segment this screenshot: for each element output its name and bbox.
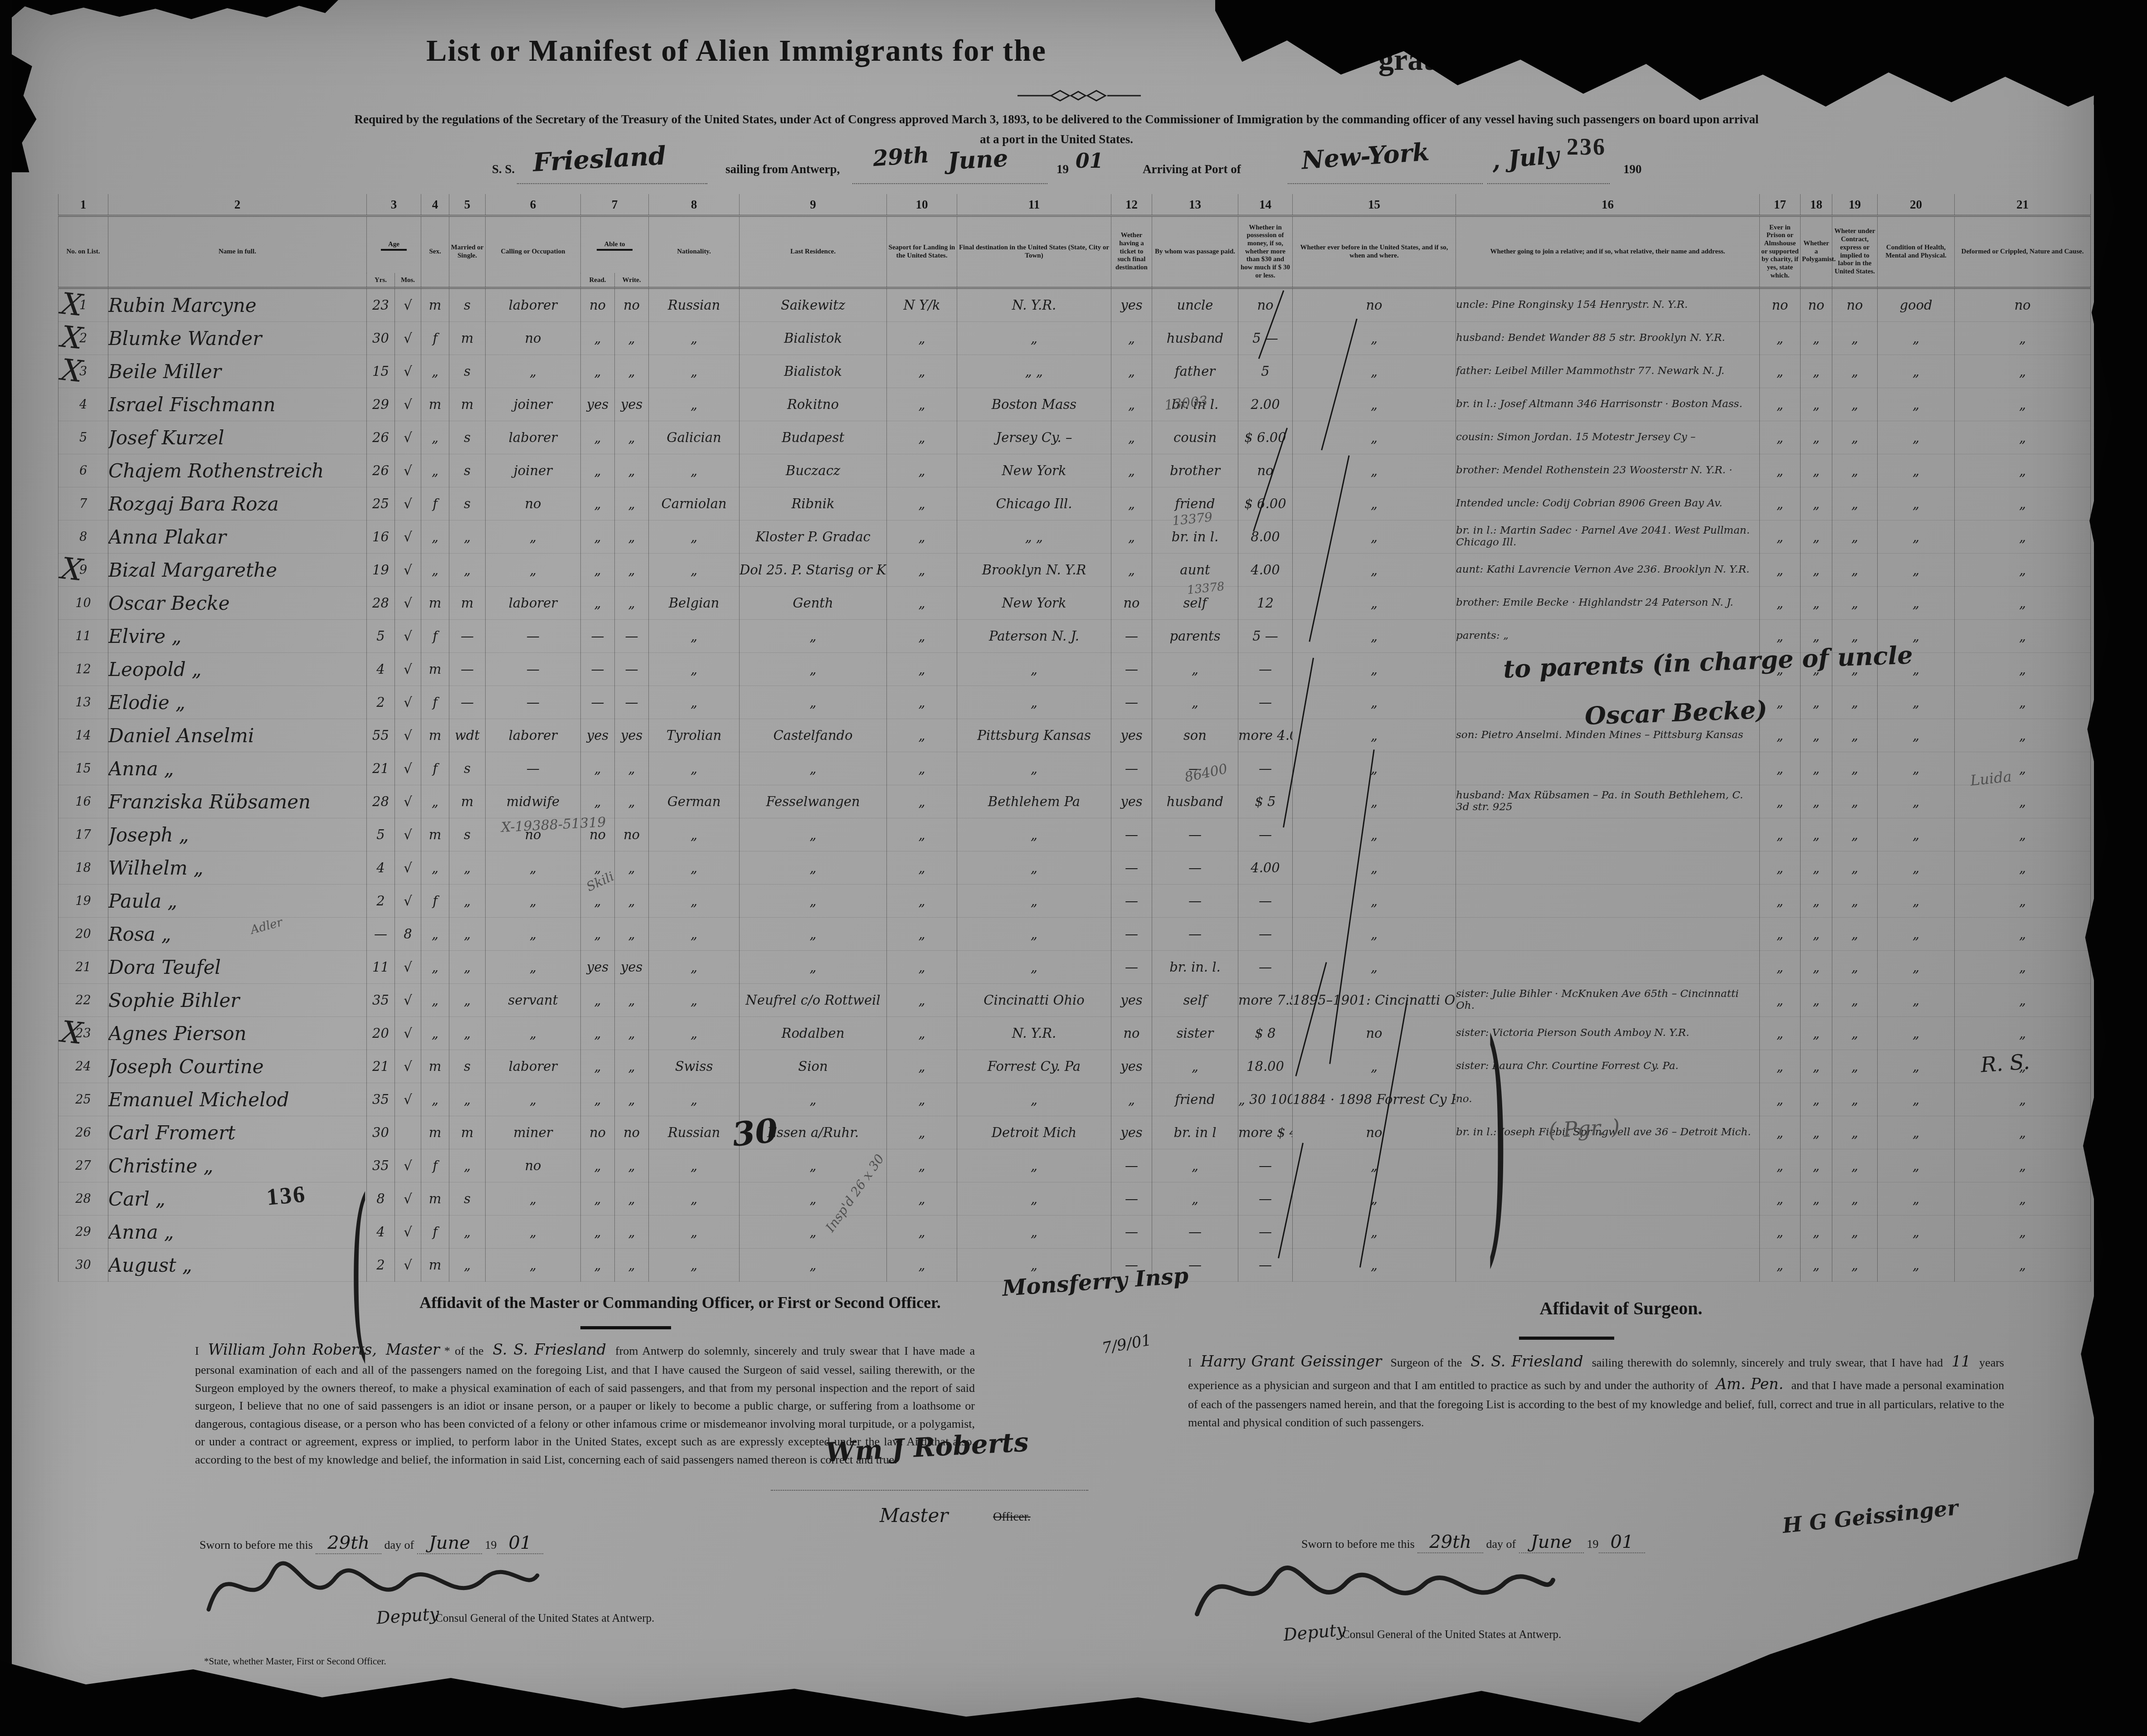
cell-contract: „ [1832, 1083, 1878, 1116]
cell-deformed: „ [1955, 818, 2091, 851]
cell-prison: „ [1760, 355, 1801, 388]
cell-deformed: „ [1955, 355, 2091, 388]
cell-name: Daniel Anselmi [108, 719, 367, 752]
cell-seaport: N Y/k [887, 288, 957, 322]
cell-name: Rozgaj Bara Roza [108, 487, 367, 520]
cell-calling: laborer [486, 587, 581, 620]
cell-health: „ [1878, 785, 1955, 818]
cell-age_mos: √ [395, 851, 421, 885]
cell-married_or_single: „ [449, 1216, 486, 1249]
cell-write: „ [615, 421, 649, 454]
cell-age_yrs: 30 [367, 322, 395, 355]
cell-polygamist: „ [1801, 1149, 1832, 1182]
cell-seaport: „ [887, 885, 957, 918]
printed-text: Surgeon of the [1386, 1356, 1466, 1369]
cell-relative [1456, 1216, 1760, 1249]
column-number-4: 4 [421, 194, 449, 216]
cell-prison: „ [1760, 1017, 1801, 1050]
column-label-7: Able to [581, 216, 649, 273]
cell-passage_paid_by: husband [1152, 322, 1238, 355]
cell-destination: N. Y.R. [957, 288, 1111, 322]
cell-destination: „ [957, 1182, 1111, 1216]
cell-health: „ [1878, 454, 1955, 487]
cell-age_yrs: 28 [367, 785, 395, 818]
cell-contract: „ [1832, 355, 1878, 388]
cell-prison: „ [1760, 1249, 1801, 1282]
cell-no: 30 [58, 1249, 108, 1282]
cell-relative [1456, 1249, 1760, 1282]
cell-age_mos: √ [395, 686, 421, 719]
cell-deformed: „ [1955, 1050, 2091, 1083]
cell-write: „ [615, 1182, 649, 1216]
cell-married_or_single: s [449, 818, 486, 851]
column-label-6: Calling or Occupation [486, 216, 581, 288]
cell-last_residence: Genth [740, 587, 887, 620]
manifest-row-21: 21Dora Teufel11√„„„yesyes„„„„—br. in. l.… [58, 951, 2091, 984]
cell-sex: f [421, 752, 449, 785]
cell-contract: „ [1832, 1017, 1878, 1050]
cell-seaport: „ [887, 1050, 957, 1083]
cell-sex: „ [421, 1083, 449, 1116]
cell-read: „ [581, 1017, 615, 1050]
cell-polygamist: „ [1801, 1182, 1832, 1216]
cell-contract: „ [1832, 885, 1878, 918]
cell-ticket: — [1111, 818, 1152, 851]
manifest-row-10: 10Oscar Becke28√mmlaborer„„BelgianGenth„… [58, 587, 2091, 620]
cell-calling: „ [486, 554, 581, 587]
cell-deformed: „ [1955, 1182, 2091, 1216]
cell-deformed: „ [1955, 918, 2091, 951]
cell-destination: „ [957, 1216, 1111, 1249]
cell-name: Christine „ [108, 1149, 367, 1182]
cell-age_yrs: 5 [367, 620, 395, 653]
cell-write: „ [615, 785, 649, 818]
cell-ticket: yes [1111, 1050, 1152, 1083]
cell-no: 15 [58, 752, 108, 785]
cell-health: „ [1878, 421, 1955, 454]
cell-age_mos: √ [395, 421, 421, 454]
column-number-1: 1 [58, 194, 108, 216]
master-consul-printed: Consul General of the United States at A… [435, 1612, 654, 1625]
cell-deformed: „ [1955, 885, 2091, 918]
cell-sex: f [421, 322, 449, 355]
cross-out-mark: X [59, 322, 84, 355]
cell-age_mos: √ [395, 1149, 421, 1182]
cell-health: „ [1878, 951, 1955, 984]
cell-last_residence: Sion [740, 1050, 887, 1083]
cell-nationality: „ [649, 1249, 740, 1282]
cell-nationality: „ [649, 653, 740, 686]
cell-deformed: „ [1955, 487, 2091, 520]
cell-before_in_us: „ [1293, 487, 1456, 520]
cell-married_or_single: s [449, 487, 486, 520]
column-label-5: Married or Single. [449, 216, 486, 288]
cell-health: „ [1878, 554, 1955, 587]
cell-deformed: „ [1955, 388, 2091, 421]
cell-calling: „ [486, 1182, 581, 1216]
cell-money: 18.00 [1238, 1050, 1293, 1083]
cell-no: 2X [58, 322, 108, 355]
column-number-7: 7 [581, 194, 649, 216]
column-number-5: 5 [449, 194, 486, 216]
cell-before_in_us: „ [1293, 1149, 1456, 1182]
cell-relative [1456, 686, 1760, 719]
cell-contract: „ [1832, 653, 1878, 686]
cell-relative [1456, 951, 1760, 984]
column-label-20: Condition of Health, Mental and Physical… [1878, 216, 1955, 288]
cell-age_yrs: 20 [367, 1017, 395, 1050]
manifest-row-2: 2XBlumke Wander30√fmno„„„Bialistok„„„hus… [58, 322, 2091, 355]
cell-before_in_us: „ [1293, 554, 1456, 587]
cell-nationality: Galician [649, 421, 740, 454]
cell-nationality: „ [649, 918, 740, 951]
cell-age_mos: 8 [395, 918, 421, 951]
cell-health: „ [1878, 686, 1955, 719]
cell-nationality: Russian [649, 1116, 740, 1149]
cell-last_residence: „ [740, 620, 887, 653]
cell-nationality: Carniolan [649, 487, 740, 520]
cell-calling: laborer [486, 421, 581, 454]
cell-relative: husband: Max Rübsamen – Pa. in South Bet… [1456, 785, 1760, 818]
manifest-row-26: 26Carl Fromert30mmminernonoRussianEssen … [58, 1116, 2091, 1149]
cell-write: „ [615, 984, 649, 1017]
cell-last_residence: Neufrel c/o Rottweil [740, 984, 887, 1017]
cell-write: no [615, 818, 649, 851]
cell-no: 4 [58, 388, 108, 421]
cell-married_or_single: m [449, 388, 486, 421]
cell-married_or_single: „ [449, 984, 486, 1017]
cell-seaport: „ [887, 620, 957, 653]
cell-write: „ [615, 355, 649, 388]
cell-seaport: „ [887, 984, 957, 1017]
cell-read: — [581, 653, 615, 686]
cell-no: 17 [58, 818, 108, 851]
cell-write: yes [615, 719, 649, 752]
cell-prison: „ [1760, 818, 1801, 851]
cell-polygamist: „ [1801, 752, 1832, 785]
cell-contract: „ [1832, 620, 1878, 653]
cell-relative [1456, 918, 1760, 951]
cell-calling: laborer [486, 1050, 581, 1083]
cell-read: „ [581, 355, 615, 388]
cell-seaport: „ [887, 487, 957, 520]
cell-calling: — [486, 653, 581, 686]
cell-health: „ [1878, 1083, 1955, 1116]
cell-last_residence: „ [740, 1216, 887, 1249]
column-number-9: 9 [740, 194, 887, 216]
cell-money: — [1238, 885, 1293, 918]
column-number-13: 13 [1152, 194, 1238, 216]
cell-ticket: — [1111, 620, 1152, 653]
cell-contract: „ [1832, 984, 1878, 1017]
cell-before_in_us: „ [1293, 355, 1456, 388]
cell-contract: „ [1832, 752, 1878, 785]
column-label-14: Whether in possession of money, if so, w… [1238, 216, 1293, 288]
cell-age_mos: √ [395, 620, 421, 653]
manifest-row-15: 15Anna „21√fs—„„„„„„———„„„„„„ [58, 752, 2091, 785]
printed-text: I [1188, 1356, 1196, 1369]
cell-last_residence: „ [740, 1083, 887, 1116]
cell-deformed: „ [1955, 1083, 2091, 1116]
cell-no: 6 [58, 454, 108, 487]
handwritten-insert: 01 [1599, 1532, 1646, 1553]
manifest-row-7: 7Rozgaj Bara Roza25√fsno„„CarniolanRibni… [58, 487, 2091, 520]
cell-ticket: — [1111, 752, 1152, 785]
manifest-row-28: 28Carl „8√ms„„„„„„„—„—„„„„„„ [58, 1182, 2091, 1216]
cell-name: Wilhelm „ [108, 851, 367, 885]
cell-no: 29 [58, 1216, 108, 1249]
cell-polygamist: „ [1801, 984, 1832, 1017]
cell-married_or_single: m [449, 785, 486, 818]
cell-polygamist: „ [1801, 520, 1832, 554]
cell-seaport: „ [887, 686, 957, 719]
cell-before_in_us: „ [1293, 653, 1456, 686]
cell-deformed: „ [1955, 785, 2091, 818]
cell-deformed: „ [1955, 1017, 2091, 1050]
cell-before_in_us: „ [1293, 454, 1456, 487]
cell-prison: „ [1760, 487, 1801, 520]
cell-polygamist: „ [1801, 686, 1832, 719]
cell-destination: „ [957, 885, 1111, 918]
cell-sex: m [421, 1116, 449, 1149]
cell-money: 4.00 [1238, 554, 1293, 587]
cell-health: „ [1878, 851, 1955, 885]
cell-health: „ [1878, 1116, 1955, 1149]
cell-name: Anna „ [108, 1216, 367, 1249]
cell-ticket: „ [1111, 1083, 1152, 1116]
cell-relative [1456, 851, 1760, 885]
cell-no: 14 [58, 719, 108, 752]
cell-age_mos: √ [395, 885, 421, 918]
cell-contract: „ [1832, 487, 1878, 520]
cell-last_residence: „ [740, 951, 887, 984]
cell-destination: „ „ [957, 520, 1111, 554]
cell-passage_paid_by: — [1152, 885, 1238, 918]
cell-passage_paid_by: self [1152, 984, 1238, 1017]
manifest-row-3: 3XBeile Miller15√„s„„„„Bialistok„„ „„fat… [58, 355, 2091, 388]
cell-contract: „ [1832, 918, 1878, 951]
cell-prison: „ [1760, 1083, 1801, 1116]
cell-sex: m [421, 288, 449, 322]
cell-age_mos: √ [395, 388, 421, 421]
cell-relative [1456, 885, 1760, 918]
cell-polygamist: „ [1801, 355, 1832, 388]
cell-write: — [615, 686, 649, 719]
cell-read: yes [581, 719, 615, 752]
cell-last_residence: Essen a/Ruhr. [740, 1116, 887, 1149]
cell-money: 2.00 [1238, 388, 1293, 421]
cell-last_residence: „ [740, 1182, 887, 1216]
cell-no: 26 [58, 1116, 108, 1149]
cell-sex: m [421, 1182, 449, 1216]
cell-married_or_single: s [449, 454, 486, 487]
regulation-line-2: at a port in the United States. [109, 132, 2004, 146]
cell-passage_paid_by: friend [1152, 1083, 1238, 1116]
cell-calling: — [486, 686, 581, 719]
cell-name: Blumke Wander [108, 322, 367, 355]
cell-write: „ [615, 1017, 649, 1050]
cell-seaport: „ [887, 554, 957, 587]
cell-calling: „ [486, 520, 581, 554]
cell-age_yrs: 21 [367, 752, 395, 785]
cell-no: 16 [58, 785, 108, 818]
cell-passage_paid_by: — [1152, 1249, 1238, 1282]
cell-married_or_single: — [449, 653, 486, 686]
cell-destination: Brooklyn N. Y.R [957, 554, 1111, 587]
cell-before_in_us: no [1293, 1017, 1456, 1050]
cell-polygamist: „ [1801, 1050, 1832, 1083]
cell-no: 8 [58, 520, 108, 554]
cell-age_mos: √ [395, 719, 421, 752]
handwritten-insert: Master [381, 1341, 444, 1358]
cell-before_in_us: „ [1293, 752, 1456, 785]
master-affidavit-title: Affidavit of the Master or Commanding Of… [227, 1293, 1134, 1312]
cell-before_in_us: 1895–1901: Cincinatti Oh. [1293, 984, 1456, 1017]
cell-calling: no [486, 1149, 581, 1182]
cell-married_or_single: s [449, 421, 486, 454]
cell-no: 19 [58, 885, 108, 918]
cell-health: „ [1878, 1182, 1955, 1216]
cell-married_or_single: „ [449, 885, 486, 918]
cell-deformed: „ [1955, 653, 2091, 686]
cell-passage_paid_by: „ [1152, 1182, 1238, 1216]
cell-nationality: „ [649, 355, 740, 388]
manifest-row-5: 5Josef Kurzel26√„slaborer„„GalicianBudap… [58, 421, 2091, 454]
cell-married_or_single: „ [449, 1017, 486, 1050]
cell-destination: Bethlehem Pa [957, 785, 1111, 818]
cell-sex: „ [421, 520, 449, 554]
cell-before_in_us: „ [1293, 587, 1456, 620]
year-printed: 19 [1056, 162, 1069, 176]
cell-deformed: „ [1955, 719, 2091, 752]
cross-out-mark: X [59, 554, 84, 587]
manifest-row-22: 22Sophie Bihler35√„„servant„„„Neufrel c/… [58, 984, 2091, 1017]
cell-contract: „ [1832, 554, 1878, 587]
cell-calling: joiner [486, 388, 581, 421]
cell-read: no [581, 288, 615, 322]
cell-name: Franziska Rübsamen [108, 785, 367, 818]
cell-health: „ [1878, 620, 1955, 653]
cell-relative: cousin: Simon Jordan. 15 Motestr Jersey … [1456, 421, 1760, 454]
cell-money: 5 — [1238, 620, 1293, 653]
cell-ticket: yes [1111, 288, 1152, 322]
column-label-4: Sex. [421, 216, 449, 288]
cell-deformed: „ [1955, 1216, 2091, 1249]
cell-seaport: „ [887, 1249, 957, 1282]
cell-age_yrs: 35 [367, 1149, 395, 1182]
manifest-row-4: 4Israel Fischmann29√mmjoineryesyes„Rokit… [58, 388, 2091, 421]
cell-sex: f [421, 1149, 449, 1182]
cell-destination: Paterson N. J. [957, 620, 1111, 653]
cell-sex: m [421, 388, 449, 421]
sailing-from-label: sailing from Antwerp, [725, 162, 840, 176]
cell-nationality: „ [649, 1017, 740, 1050]
cell-deformed: „ [1955, 454, 2091, 487]
handwritten-insert: S. S. Friesland [1466, 1352, 1587, 1370]
cell-married_or_single: wdt [449, 719, 486, 752]
column-label-21: Deformed or Crippled, Nature and Cause. [1955, 216, 2091, 288]
cell-age_yrs: 2 [367, 1249, 395, 1282]
cell-before_in_us: „ [1293, 918, 1456, 951]
cell-sex: m [421, 818, 449, 851]
cell-nationality: „ [649, 322, 740, 355]
cell-name: Dora Teufel [108, 951, 367, 984]
cell-age_mos [395, 1116, 421, 1149]
cell-read: „ [581, 520, 615, 554]
cell-name: Bizal Margarethe [108, 554, 367, 587]
cell-contract: „ [1832, 1249, 1878, 1282]
cell-contract: „ [1832, 951, 1878, 984]
cell-seaport: „ [887, 653, 957, 686]
cell-no: 27 [58, 1149, 108, 1182]
cell-no: 10 [58, 587, 108, 620]
cell-destination: „ [957, 951, 1111, 984]
master-role-printed: Officer. [993, 1510, 1031, 1524]
column-label-18: Whether a Polygamist. [1801, 216, 1832, 288]
cell-age_mos: √ [395, 288, 421, 322]
cell-relative: Intended uncle: Codij Cobrian 8906 Green… [1456, 487, 1760, 520]
column-label-17: Ever in Prison or Almshouse or supported… [1760, 216, 1801, 288]
cell-ticket: yes [1111, 1116, 1152, 1149]
cell-name: August „ [108, 1249, 367, 1282]
cell-deformed: „ [1955, 520, 2091, 554]
column-number-16: 16 [1456, 194, 1760, 216]
cell-read: „ [581, 1083, 615, 1116]
cell-last_residence: Fesselwangen [740, 785, 887, 818]
cell-health: „ [1878, 487, 1955, 520]
arrival-year-printed: 190 [1623, 162, 1642, 176]
cell-sex: „ [421, 1017, 449, 1050]
cell-read: — [581, 620, 615, 653]
cell-deformed: „ [1955, 1149, 2091, 1182]
cell-last_residence: Ribnik [740, 487, 887, 520]
cell-nationality: „ [649, 752, 740, 785]
cell-polygamist: „ [1801, 1116, 1832, 1149]
cell-health: „ [1878, 1216, 1955, 1249]
cell-prison: „ [1760, 1216, 1801, 1249]
cell-deformed: „ [1955, 851, 2091, 885]
cell-no: 7 [58, 487, 108, 520]
arriving-label: Arriving at Port of [1143, 162, 1241, 176]
cell-health: „ [1878, 1249, 1955, 1282]
cell-age_mos: √ [395, 487, 421, 520]
cell-age_yrs: 28 [367, 587, 395, 620]
cell-destination: „ [957, 1249, 1111, 1282]
cell-age_yrs: 4 [367, 1216, 395, 1249]
cell-seaport: „ [887, 322, 957, 355]
cell-sex: „ [421, 984, 449, 1017]
cell-passage_paid_by: — [1152, 818, 1238, 851]
cell-before_in_us: no [1293, 1116, 1456, 1149]
cell-before_in_us: 1884 · 1898 Forrest Cy Pa [1293, 1083, 1456, 1116]
cell-before_in_us: „ [1293, 1182, 1456, 1216]
cell-sex: „ [421, 851, 449, 885]
sailing-date-month: June [947, 145, 1008, 175]
cell-seaport: „ [887, 918, 957, 951]
column-label-12: Wether having a ticket to such final des… [1111, 216, 1152, 288]
manifest-row-20: 20Rosa „—8„„„„„„„„„———„„„„„„ [58, 918, 2091, 951]
cell-relative [1456, 818, 1760, 851]
printed-text: * of the [444, 1344, 488, 1357]
column-sublabel: Write. [615, 273, 649, 288]
cell-relative: sister: Julie Bihler · McKnuken Ave 65th… [1456, 984, 1760, 1017]
cell-health: „ [1878, 355, 1955, 388]
cell-money: $ 6.00 [1238, 421, 1293, 454]
cell-deformed: „ [1955, 421, 2091, 454]
cell-nationality: Russian [649, 288, 740, 322]
cell-no: 12 [58, 653, 108, 686]
cell-no: 21 [58, 951, 108, 984]
